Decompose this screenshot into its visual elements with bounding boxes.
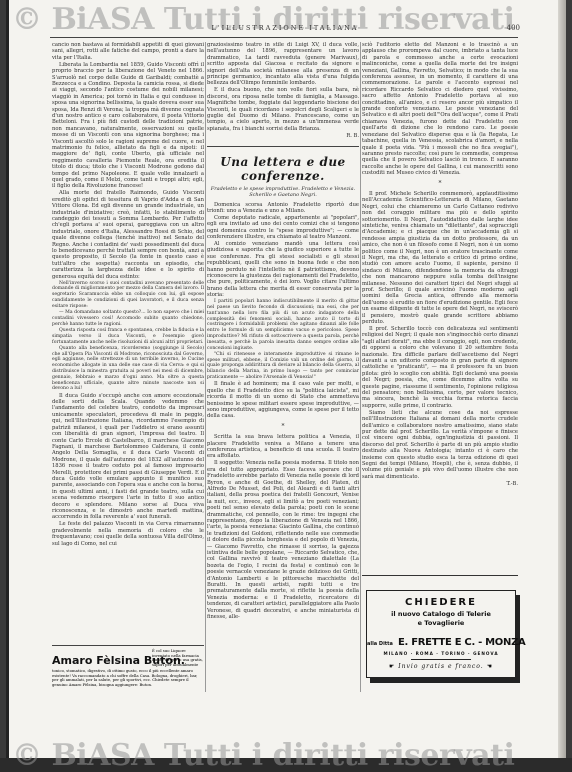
- paragraph: Le feste del palazzo Visconti in via Cer…: [52, 521, 204, 547]
- ad-line: il nuovo Catalogo di Telerie: [367, 610, 515, 618]
- paragraph: Il soggetto: Venezia nella poesia modern…: [207, 460, 359, 620]
- section-separator: *: [207, 424, 359, 430]
- ad-tagline: ☛ Invio gratis e franco. ☚: [367, 663, 515, 670]
- paragraph: Scritta la sua brava lettera politica a …: [207, 434, 359, 460]
- pointing-hand-right-icon: ☛: [389, 663, 395, 670]
- signature: T.-B.: [362, 481, 518, 487]
- article-title: Una lettera e due conferenze.: [207, 155, 359, 183]
- ad-rule: [411, 659, 470, 660]
- ad-cities: MILANO · ROMA · TORINO · GENOVA: [367, 651, 515, 656]
- watermark-bottom: © BiASA Tutti i diritti riservati: [12, 738, 514, 772]
- paragraph: cancio non bastava ai formidabili appeti…: [52, 42, 204, 61]
- section-rule: [362, 575, 518, 576]
- ad-firm-prefix: alla Ditta: [367, 641, 393, 647]
- ad-headline: CHIEDERE: [367, 597, 515, 608]
- paragraph: Il prof. Scherillo toccò con delicatezza…: [362, 326, 518, 409]
- column-3: sciò l'uditorio eletto del Manzoni e lo …: [362, 42, 518, 488]
- column-2: graziosissimo teatro in stile di Luigi X…: [207, 42, 359, 621]
- advertisement-amaro: Amaro Fèlsina Buton. È col suo Liquore i…: [52, 645, 204, 675]
- ad-line: e Tovaglierie: [367, 619, 515, 627]
- paragraph: Alla morte del fratello Raimondo, Guido …: [52, 190, 204, 280]
- section-rule: [207, 146, 359, 147]
- ad-body: tonico, stomatico, digestivo, di ottimo …: [52, 669, 204, 687]
- ad-firm-name: E. FRETTE E C. - MONZA: [398, 637, 525, 648]
- paragraph: graziosissimo teatro in stile di Luigi X…: [207, 42, 359, 87]
- header-rule: [50, 37, 518, 38]
- paragraph: Domenica scorsa Antonio Fradeletto ripor…: [207, 202, 359, 215]
- article-subtitle: Fradeletto e le spese improduttive. Frad…: [207, 186, 359, 198]
- paragraph: Come deputato radicale, appartenente ai …: [207, 215, 359, 241]
- page-edge-shadow: [558, 0, 566, 760]
- quote: I partiti popolari hanno indiscutibilmen…: [207, 299, 359, 351]
- ad-tagline-text: Invio gratis e franco.: [398, 663, 483, 670]
- paragraph: Questa risposta così franca e spontanea,…: [52, 328, 204, 345]
- column-divider: [360, 42, 361, 692]
- ad-side-text: È col suo Liquore inventato nella farmac…: [152, 649, 204, 667]
- paragraph: E il duca buono, che non volle fiori sul…: [207, 87, 359, 132]
- paragraph: sciò l'uditorio eletto del Manzoni e lo …: [362, 42, 518, 177]
- paragraph: Il prof. Michele Scherillo commemorò, ap…: [362, 191, 518, 326]
- page-number: 400: [507, 24, 520, 32]
- paragraph: Al comizio veneziano mandò una lettera c…: [207, 241, 359, 299]
- paragraph: Quanto alla beneficenza, ricorderemo (so…: [52, 346, 204, 392]
- column-1: cancio non bastava ai formidabili appeti…: [52, 42, 204, 547]
- paragraph: Siamo lieti che alcune cose da noi espre…: [362, 410, 518, 480]
- signature: R. B.: [207, 133, 359, 139]
- paragraph: Il finale è ad hominem; ma il caso vale …: [207, 381, 359, 419]
- paragraph: Il duca Guido s'occupò anche con amore e…: [52, 393, 204, 521]
- masthead: L'ILLUSTRAZIONE ITALIANA: [50, 24, 520, 32]
- column-divider: [205, 42, 206, 692]
- paragraph: Liberata la Lombardia nel 1859, Guido Vi…: [52, 62, 204, 190]
- pointing-hand-left-icon: ☚: [487, 663, 493, 670]
- paragraph: Nell'inverno scorso i suoi contadini ave…: [52, 281, 204, 310]
- section-separator: *: [362, 181, 518, 187]
- paragraph: — Ma domandano soltanto questo?... Io no…: [52, 310, 204, 327]
- advertisement-frette: CHIEDERE il nuovo Catalogo di Telerie e …: [366, 590, 516, 678]
- quote: "Chi si ritenesse e interamente improdut…: [207, 352, 359, 381]
- ad-firm: alla Ditta E. FRETTE E C. - MONZA: [367, 630, 515, 649]
